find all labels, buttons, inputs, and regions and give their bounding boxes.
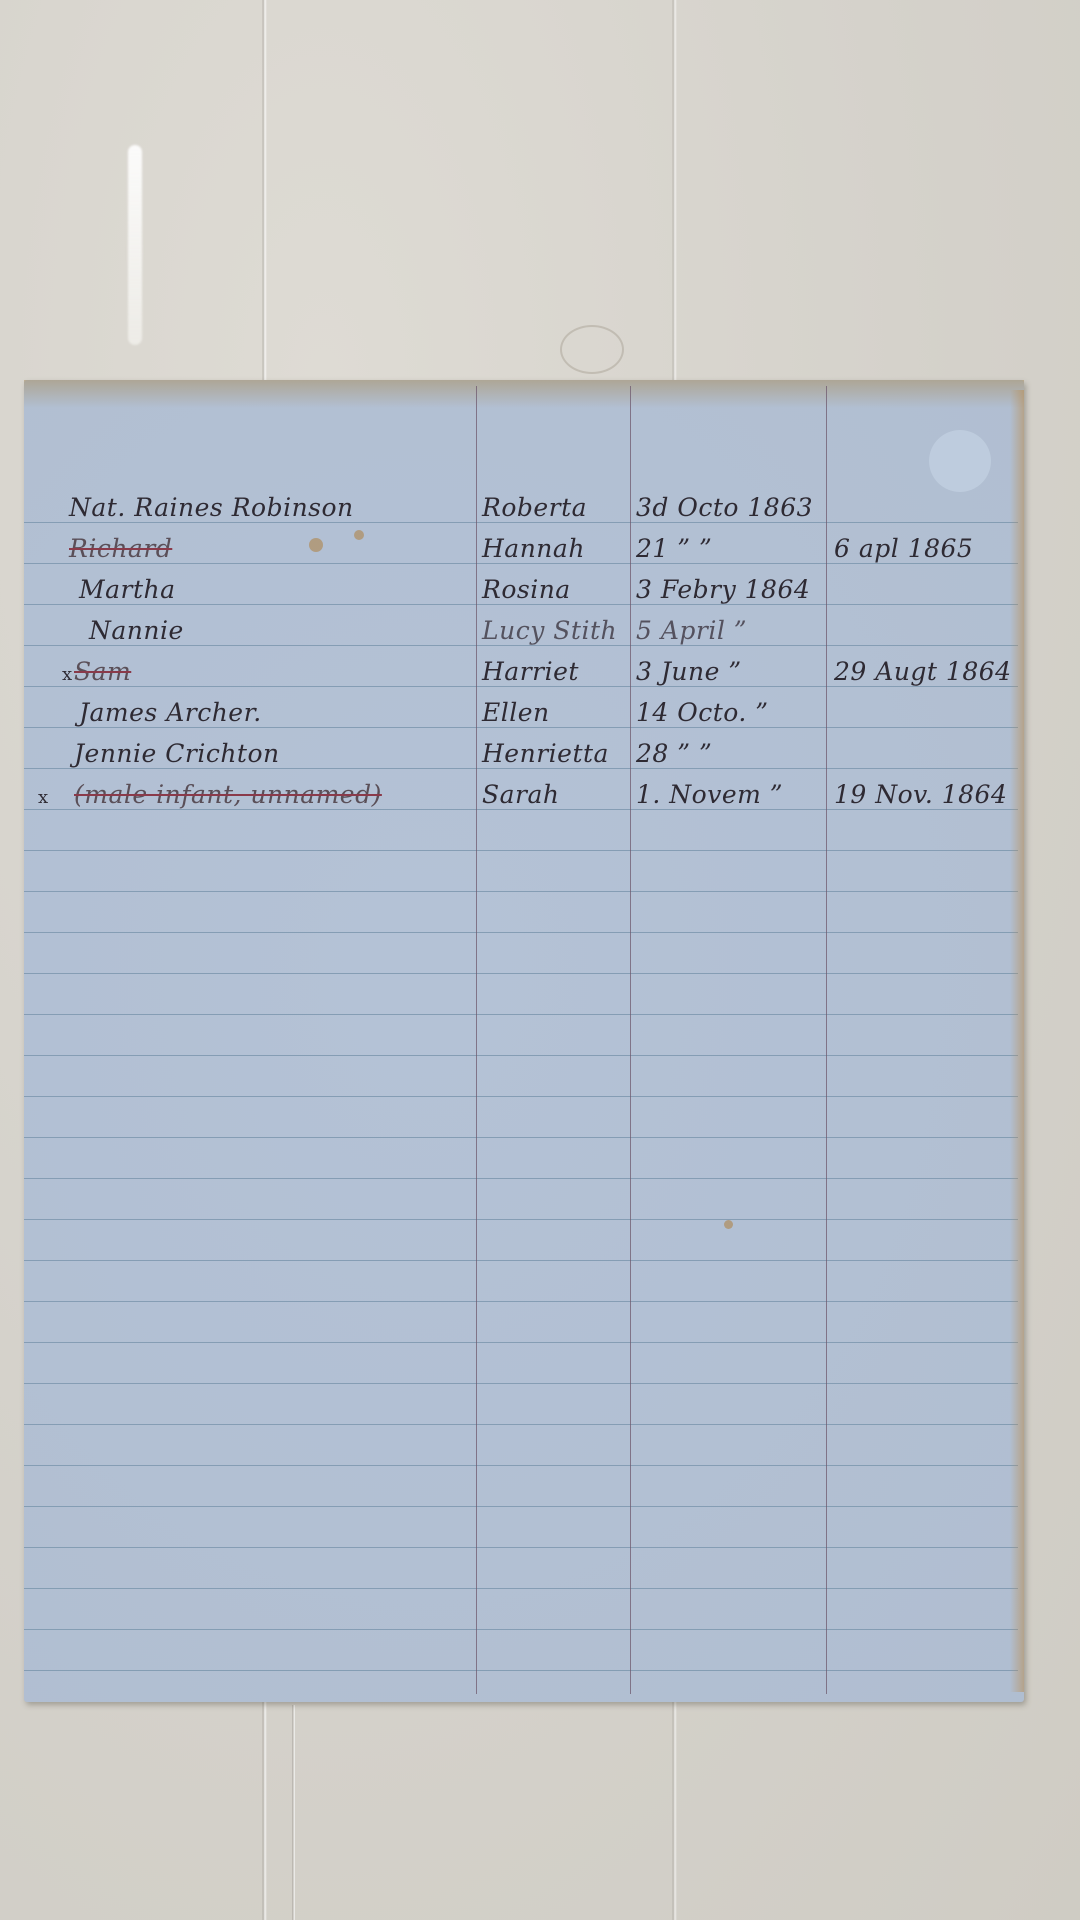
birth-date-cell: 21 ” ”	[636, 534, 712, 564]
name-cell: Nat. Raines Robinson	[69, 493, 354, 523]
mother-cell: Ellen	[482, 698, 550, 728]
ruled-line	[24, 1670, 1018, 1671]
ruled-line	[24, 1178, 1018, 1179]
birth-date-cell: 14 Octo. ”	[636, 698, 769, 728]
ruled-line	[24, 1629, 1018, 1630]
ruled-line	[24, 1301, 1018, 1302]
deceased-x-mark: x	[62, 664, 72, 685]
name-cell: Jennie Crichton	[74, 739, 280, 769]
ruled-line	[24, 1547, 1018, 1548]
ruled-line	[24, 1219, 1018, 1220]
death-date-cell: 19 Nov. 1864	[834, 780, 1007, 810]
ruled-line	[24, 1096, 1018, 1097]
birth-date-cell: 3d Octo 1863	[636, 493, 813, 523]
birth-date-cell: 3 Febry 1864	[636, 575, 810, 605]
column-divider-mother-birth	[630, 386, 631, 1694]
mother-cell: Harriet	[482, 657, 579, 687]
ruled-line	[24, 1137, 1018, 1138]
death-date-cell: 6 apl 1865	[834, 534, 973, 564]
mother-cell: Roberta	[482, 493, 587, 523]
water-stain	[929, 430, 991, 492]
column-divider-name-mother	[476, 386, 477, 1694]
birth-date-cell: 3 June ”	[636, 657, 742, 687]
ruled-line	[24, 1014, 1018, 1015]
birth-date-cell: 5 April ”	[636, 616, 747, 646]
ruled-line	[24, 891, 1018, 892]
ruled-line	[24, 973, 1018, 974]
ruled-line	[24, 1506, 1018, 1507]
name-cell: Nannie	[89, 616, 184, 646]
ruled-line	[24, 850, 1018, 851]
name-cell-struck: (male infant, unnamed)	[74, 780, 382, 810]
deceased-x-mark: x	[38, 787, 48, 808]
birth-date-cell: 28 ” ”	[636, 739, 712, 769]
name-cell-struck: Sam	[74, 657, 131, 687]
rust-spot	[724, 1220, 733, 1229]
wall-blemish	[560, 325, 624, 374]
birth-date-cell: 1. Novem ”	[636, 780, 783, 810]
mother-cell: Rosina	[482, 575, 571, 605]
name-cell: James Archer.	[79, 698, 262, 728]
wall-scrape	[128, 145, 142, 345]
ruled-line	[24, 932, 1018, 933]
ruled-line	[24, 1588, 1018, 1589]
name-cell: Martha	[79, 575, 176, 605]
ruled-line	[24, 1055, 1018, 1056]
mother-cell: Henrietta	[482, 739, 609, 769]
ruled-line	[24, 1465, 1018, 1466]
ledger-sheet: Nat. Raines Robinson Roberta 3d Octo 186…	[24, 380, 1024, 1702]
wall-seam	[292, 1705, 295, 1920]
mother-cell: Lucy Stith	[482, 616, 617, 646]
name-cell-struck: Richard	[69, 534, 172, 564]
ruled-line	[24, 1260, 1018, 1261]
rust-spot	[354, 530, 364, 540]
ruled-line	[24, 1342, 1018, 1343]
mother-cell: Hannah	[482, 534, 585, 564]
column-divider-birth-death	[826, 386, 827, 1694]
rust-spot	[309, 538, 323, 552]
ruled-line	[24, 1383, 1018, 1384]
mother-cell: Sarah	[482, 780, 560, 810]
death-date-cell: 29 Augt 1864	[834, 657, 1012, 687]
ruled-line	[24, 1424, 1018, 1425]
